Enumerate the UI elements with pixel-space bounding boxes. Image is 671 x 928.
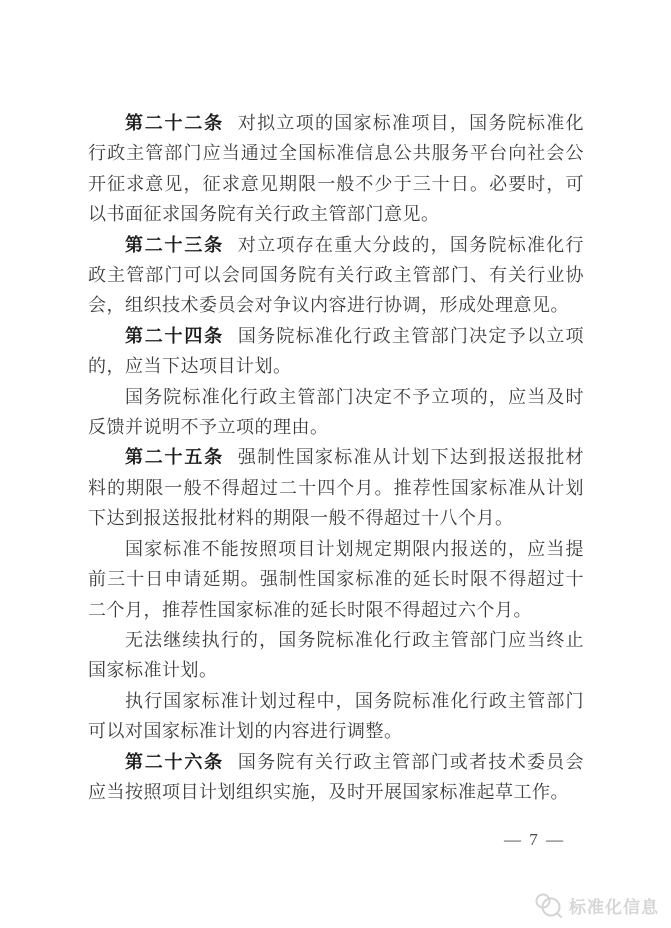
article-number: 第二十六条 [125, 752, 224, 772]
paragraph-text: 国家标准不能按照项目计划规定期限内报送的，应当提前三十日申请延期。强制性国家标准… [88, 539, 584, 620]
overlapping-circles-logo-icon [534, 892, 564, 918]
paragraph: 国务院标准化行政主管部门决定不予立项的，应当及时反馈并说明不予立项的理由。 [88, 382, 584, 443]
paragraph: 第二十二条对拟立项的国家标准项目，国务院标准化行政主管部门应当通过全国标准信息公… [88, 108, 584, 230]
article-number: 第二十五条 [125, 447, 224, 467]
article-number: 第二十二条 [125, 113, 224, 133]
paragraph: 第二十六条国务院有关行政主管部门或者技术委员会应当按照项目计划组织实施，及时开展… [88, 747, 584, 808]
watermark-label: 标准化信息 [569, 893, 659, 918]
paragraph-text: 执行国家标准计划过程中，国务院标准化行政主管部门可以对国家标准计划的内容进行调整… [88, 691, 584, 741]
page-number: — 7 — [504, 830, 565, 850]
article-number: 第二十四条 [125, 326, 224, 346]
paragraph-text: 无法继续执行的，国务院标准化行政主管部门应当终止国家标准计划。 [88, 630, 584, 680]
paragraph-text: 国务院标准化行政主管部门决定不予立项的，应当及时反馈并说明不予立项的理由。 [88, 387, 584, 437]
paragraph: 无法继续执行的，国务院标准化行政主管部门应当终止国家标准计划。 [88, 625, 584, 686]
paragraph: 第二十三条对立项存在重大分歧的，国务院标准化行政主管部门可以会同国务院有关行政主… [88, 230, 584, 321]
watermark: 标准化信息 [534, 892, 659, 918]
paragraph: 国家标准不能按照项目计划规定期限内报送的，应当提前三十日申请延期。强制性国家标准… [88, 534, 584, 625]
article-number: 第二十三条 [125, 235, 224, 255]
paragraph: 执行国家标准计划过程中，国务院标准化行政主管部门可以对国家标准计划的内容进行调整… [88, 686, 584, 747]
paragraph: 第二十五条强制性国家标准从计划下达到报送报批材料的期限一般不得超过二十四个月。推… [88, 442, 584, 533]
paragraph: 第二十四条国务院标准化行政主管部门决定予以立项的，应当下达项目计划。 [88, 321, 584, 382]
document-page: { "theme": { "page_bg": "#ffffff", "text… [0, 0, 671, 928]
document-body: 第二十二条对拟立项的国家标准项目，国务院标准化行政主管部门应当通过全国标准信息公… [88, 108, 584, 807]
